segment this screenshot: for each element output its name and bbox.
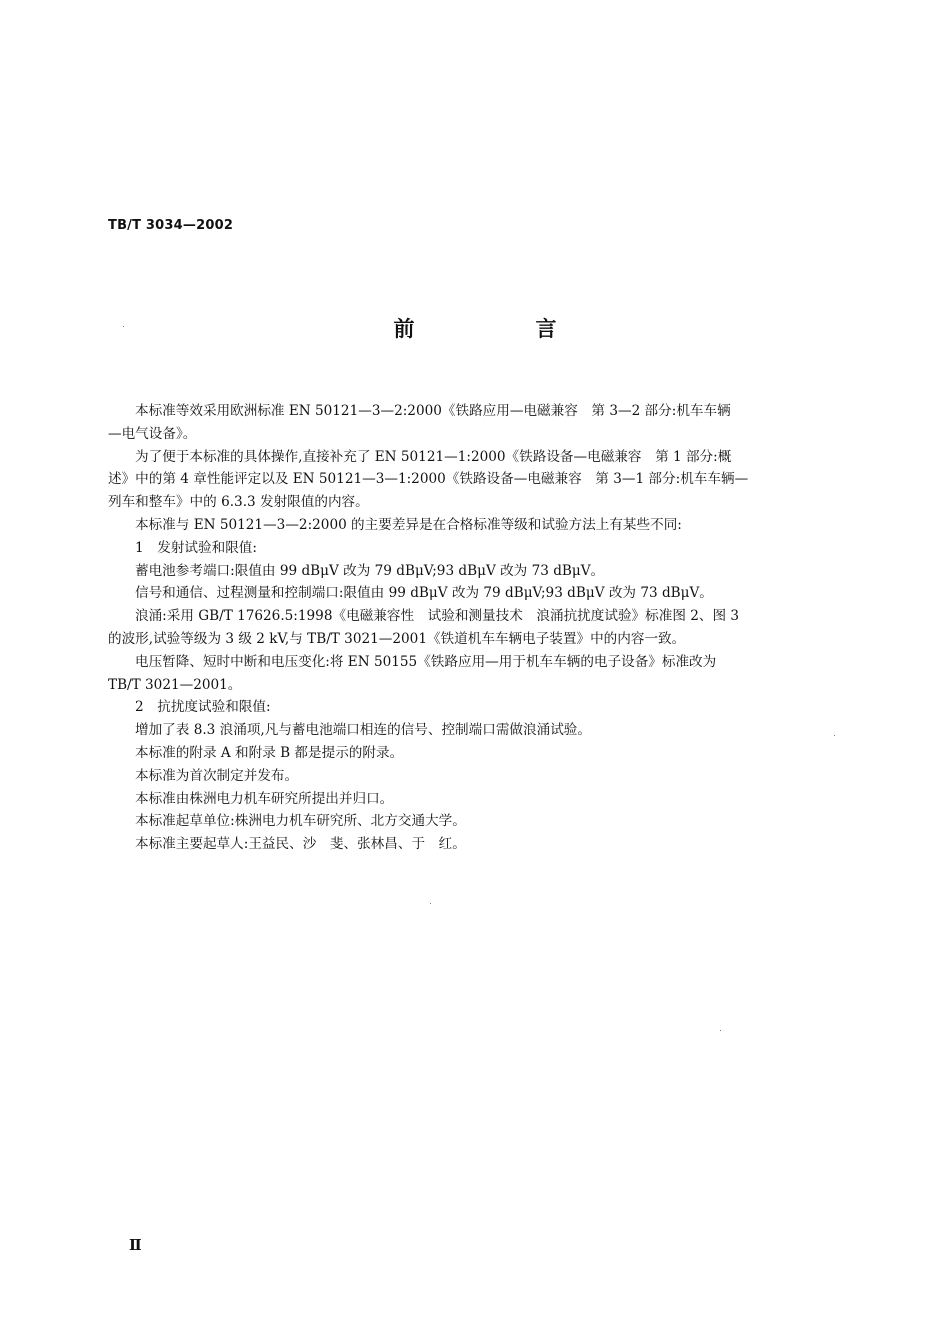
text-line: 本标准与 EN 50121—3—2:2000 的主要差异是在合格标准等级和试验方… [108,514,850,537]
text-line: 本标准为首次制定并发布。 [108,765,850,788]
text-line: 本标准由株洲电力机车研究所提出并归口。 [108,788,850,811]
text-line: 蓄电池参考端口:限值由 99 dBμV 改为 79 dBμV;93 dBμV 改… [108,560,850,583]
text-line: 列车和整车》中的 6.3.3 发射限值的内容。 [108,491,850,514]
text-line: 增加了表 8.3 浪涌项,凡与蓄电池端口相连的信号、控制端口需做浪涌试验。 [108,719,850,742]
scan-speck [123,326,124,327]
text-line: —电气设备》。 [108,423,850,446]
text-line: 本标准起草单位:株洲电力机车研究所、北方交通大学。 [108,810,850,833]
text-line: 本标准主要起草人:王益民、沙 斐、张林昌、于 红。 [108,833,850,856]
scan-speck [834,735,835,736]
scan-speck [720,1030,721,1031]
text-line: 本标准等效采用欧洲标准 EN 50121—3—2:2000《铁路应用—电磁兼容 … [108,400,850,423]
text-line: 信号和通信、过程测量和控制端口:限值由 99 dBμV 改为 79 dBμV;9… [108,582,850,605]
text-line: 的波形,试验等级为 3 级 2 kV,与 TB/T 3021—2001《铁道机车… [108,628,850,651]
text-line: 述》中的第 4 章性能评定以及 EN 50121—3—1:2000《铁路设备—电… [108,468,850,491]
page-title: 前 言 [0,313,950,343]
standard-code-header: TB/T 3034—2002 [108,218,233,233]
section-heading-immunity: 2 抗扰度试验和限值: [108,696,850,719]
scan-speck [430,903,431,904]
page-number: Ⅱ [129,1236,142,1254]
text-line: 浪涌:采用 GB/T 17626.5:1998《电磁兼容性 试验和测量技术 浪涌… [108,605,850,628]
text-line: 电压暂降、短时中断和电压变化:将 EN 50155《铁路应用—用于机车车辆的电子… [108,651,850,674]
section-heading-emission: 1 发射试验和限值: [108,537,850,560]
text-line: TB/T 3021—2001。 [108,674,850,697]
text-line: 本标准的附录 A 和附录 B 都是提示的附录。 [108,742,850,765]
foreword-body: 本标准等效采用欧洲标准 EN 50121—3—2:2000《铁路应用—电磁兼容 … [108,400,850,856]
text-line: 为了便于本标准的具体操作,直接补充了 EN 50121—1:2000《铁路设备—… [108,446,850,469]
